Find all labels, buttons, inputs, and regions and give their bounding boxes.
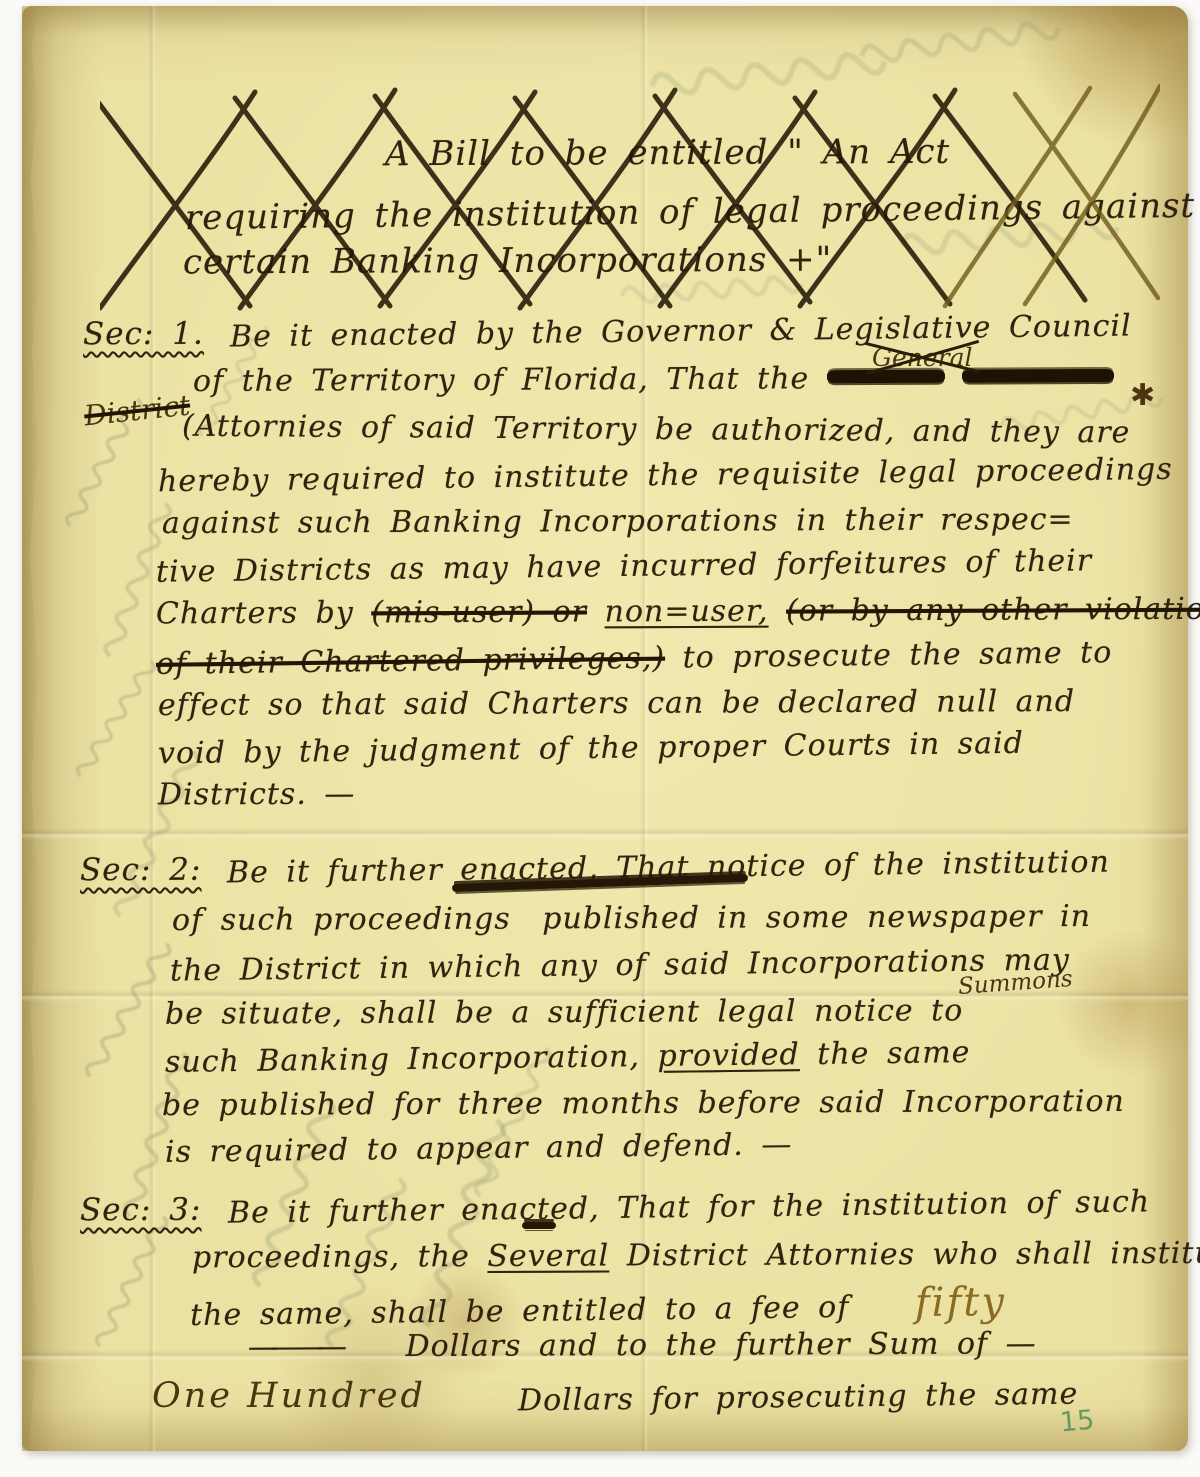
underlined-text-provided: provided bbox=[657, 1037, 800, 1074]
section-1-text: of the Territory of Florida, That the bbox=[193, 361, 809, 399]
section-2-text: such Banking Incorporation, bbox=[165, 1039, 640, 1080]
section-3-line: proceedings, the Several District Attorn… bbox=[192, 1236, 1200, 1276]
section-2-text: published in some newspaper in bbox=[542, 899, 1091, 936]
underlined-text-several: Several bbox=[487, 1238, 609, 1274]
inserted-word-general-crossed: General bbox=[872, 343, 973, 372]
page-number-pencil: 15 bbox=[1059, 1405, 1096, 1439]
section-3-line: ———— Dollars and to the further Sum of — bbox=[248, 1326, 1037, 1364]
title-line-1: A Bill to be entitled " An Act bbox=[385, 132, 950, 174]
section-2-label: Sec: 2: bbox=[80, 852, 202, 889]
scanned-manuscript: A Bill to be entitled " An Act requiring… bbox=[0, 0, 1200, 1477]
section-1-line: of the Territory of Florida, That the bbox=[193, 360, 1114, 399]
section-3-text: the same, shall be entitled to a fee of bbox=[190, 1290, 850, 1333]
section-2-line: be published for three months before sai… bbox=[162, 1084, 1125, 1123]
section-1-line: against such Banking Incorporations in t… bbox=[162, 502, 1074, 541]
section-3-line: Dollars for prosecuting the same bbox=[518, 1377, 1079, 1419]
section-2-line: be situate, shall be a sufficient legal … bbox=[165, 993, 963, 1031]
section-2-text: of such proceedings bbox=[172, 902, 511, 938]
blank-dash-line: ———— bbox=[248, 1329, 340, 1364]
section-1-text: Charters by bbox=[156, 595, 354, 631]
inserted-amount-one-hundred: One Hundred bbox=[152, 1376, 426, 1416]
section-3-text: District Attornies who shall institute bbox=[627, 1236, 1200, 1274]
section-1-line: (Attornies of said Territory be authoriz… bbox=[182, 409, 1131, 451]
section-3-text: proceedings, the bbox=[192, 1239, 470, 1275]
section-2-text: the same bbox=[817, 1035, 971, 1072]
section-3-text: Dollars and to the further Sum of — bbox=[405, 1326, 1036, 1364]
fold-crease bbox=[22, 828, 1188, 840]
section-1-line: Districts. — bbox=[158, 777, 356, 813]
section-1-text: to prosecute the same to bbox=[682, 635, 1112, 675]
torn-paper-edge bbox=[22, 6, 39, 1451]
section-1-label: Sec: 1. bbox=[83, 316, 204, 353]
section-1-line: effect so that said Charters can be decl… bbox=[158, 684, 1075, 723]
underlined-text-nonuser: non=user, bbox=[605, 594, 769, 630]
section-1-line: Charters by (mis-user) or non=user, (or … bbox=[156, 592, 1200, 632]
fold-crease bbox=[148, 6, 157, 1451]
inserted-amount-fifty: fifty bbox=[915, 1279, 1007, 1326]
section-2-line: of such proceedings published in some ne… bbox=[172, 899, 1091, 938]
struck-text-violation: (or by any other violation bbox=[786, 592, 1200, 629]
insertion-asterisk: ✱ bbox=[1130, 378, 1155, 413]
section-3-label: Sec: 3: bbox=[80, 1192, 202, 1229]
struck-text-misuser: (mis-user) or bbox=[371, 594, 587, 630]
ink-blot-strikeout bbox=[962, 368, 1114, 382]
struck-text-privileges: of their Chartered privileges,) bbox=[156, 641, 665, 682]
title-line-3: certain Banking Incorporations +" bbox=[183, 240, 832, 283]
small-ink-blot bbox=[522, 1222, 556, 1229]
